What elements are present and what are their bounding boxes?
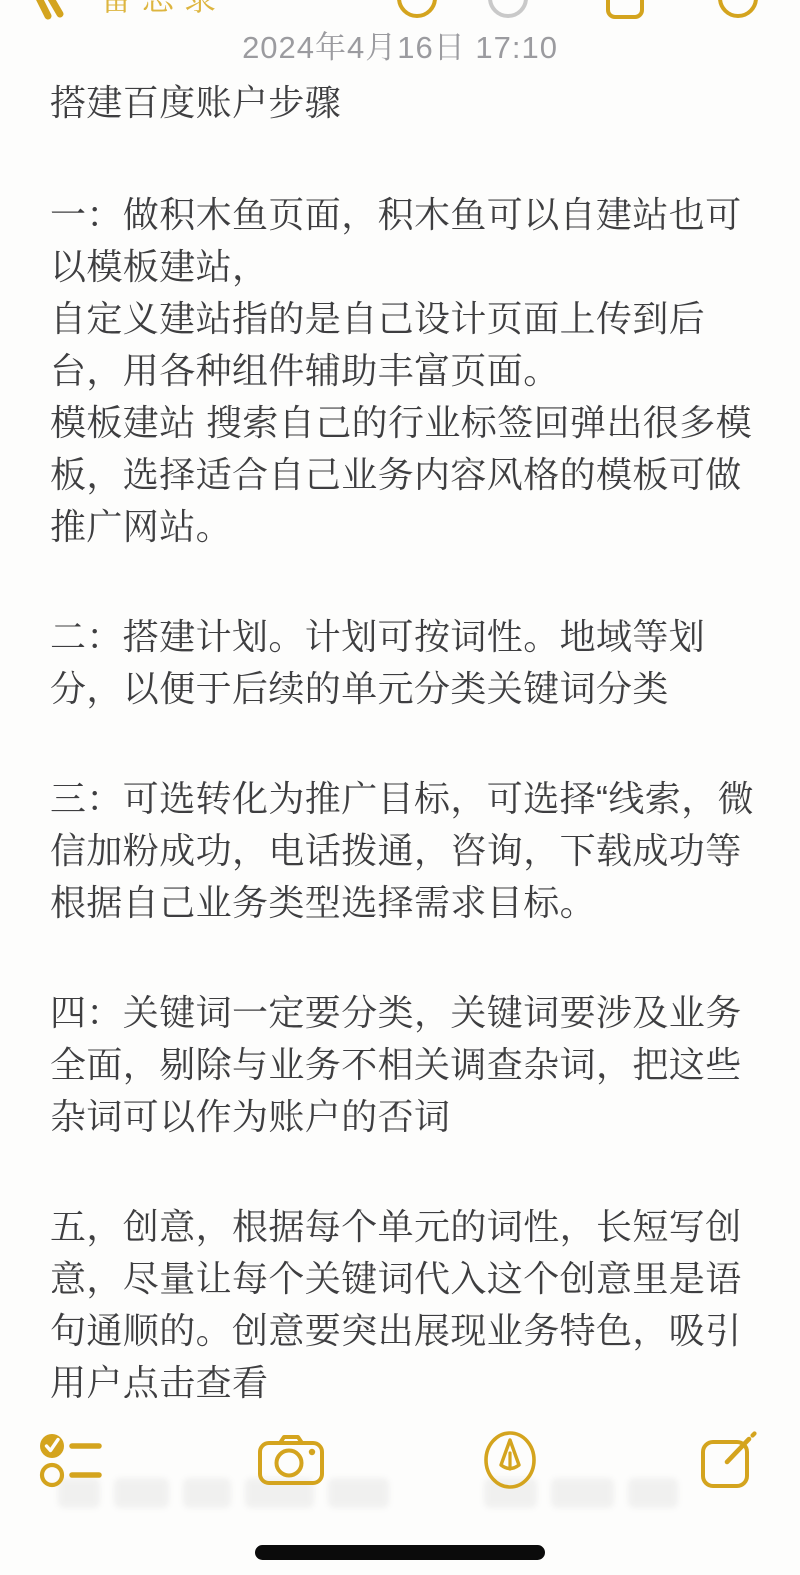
checklist-button[interactable]	[38, 1428, 108, 1492]
note-title: 搭建百度账户步骤	[50, 77, 756, 129]
note-paragraph: 二：搭建计划。计划可按词性。地域等划分，以便于后续的单元分类关键词分类	[50, 611, 756, 715]
nav-circle-button[interactable]	[397, 0, 437, 18]
note-timestamp: 2024年4月16日 17:10	[0, 28, 800, 68]
bottom-toolbar	[0, 1424, 800, 1496]
nav-bar: 备忘录	[0, 0, 800, 26]
note-paragraph: 四：关键词一定要分类，关键词要涉及业务全面，剔除与业务不相关调查杂词，把这些杂词…	[50, 987, 756, 1143]
share-icon[interactable]	[606, 0, 644, 19]
notes-app-screen: 备忘录 2024年4月16日 17:10 搭建百度账户步骤 一：做积木鱼页面，积…	[0, 0, 800, 1575]
nav-circle-button-disabled	[488, 0, 528, 18]
checklist-icon	[39, 1431, 107, 1489]
back-label: 备忘录	[100, 0, 226, 20]
note-paragraph: 三：可选转化为推广目标，可选择“线索，微信加粉成功，电话拨通，咨询，下载成功等 …	[50, 773, 756, 929]
note-editor[interactable]: 搭建百度账户步骤 一：做积木鱼页面，积木鱼可以自建站也可以模板建站， 自定义建站…	[50, 77, 756, 1409]
note-paragraph: 五，创意，根据每个单元的词性，长短写创意，尽量让每个关键词代入这个创意里是语句通…	[50, 1201, 756, 1409]
markup-button[interactable]	[475, 1428, 545, 1492]
compose-icon	[700, 1431, 758, 1489]
home-indicator[interactable]	[255, 1545, 545, 1560]
camera-button[interactable]	[257, 1428, 327, 1492]
markup-icon	[482, 1429, 538, 1491]
camera-icon	[258, 1434, 326, 1486]
note-paragraph: 一：做积木鱼页面，积木鱼可以自建站也可以模板建站， 自定义建站指的是自己设计页面…	[50, 189, 756, 553]
compose-button[interactable]	[694, 1428, 764, 1492]
back-button[interactable]: 备忘录	[22, 0, 242, 26]
back-chevron-icon	[22, 0, 82, 26]
more-icon[interactable]	[718, 0, 758, 18]
